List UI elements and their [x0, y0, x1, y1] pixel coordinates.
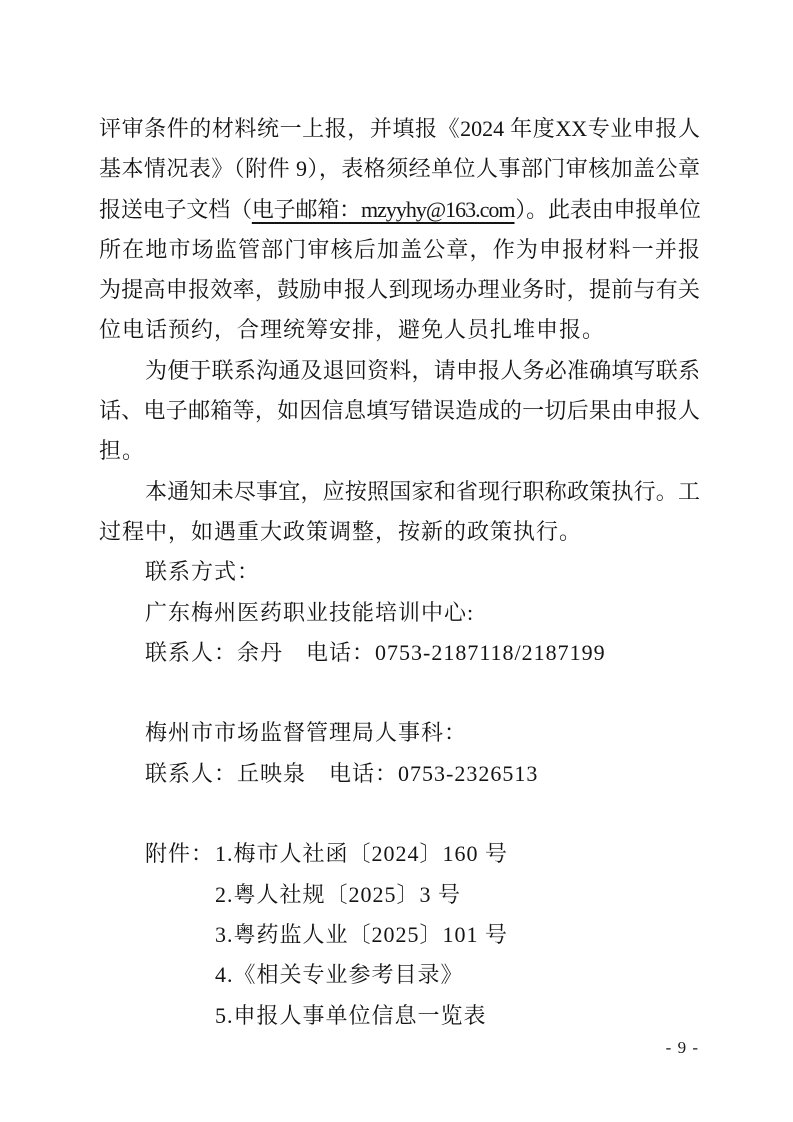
attachment-item-text: 4.《相关专业参考目录》	[215, 962, 464, 987]
text-line: 评审条件的材料统一上报，并填报《2024 年度XX专业申报人员	[99, 109, 700, 149]
paragraph-policy-note: 本通知未尽事宜，应按照国家和省现行职称政策执行。工作 过程中，如遇重大政策调整，…	[99, 472, 700, 553]
text-line: 为提高申报效率，鼓励申报人到现场办理业务时，提前与有关单	[99, 270, 700, 310]
contact-org-name: 广东梅州医药职业技能培训中心:	[99, 593, 700, 633]
text-line: 过程中，如遇重大政策调整，按新的政策执行。	[99, 512, 700, 552]
attachment-item: 5.申报人事单位信息一览表	[99, 996, 700, 1036]
contact-person-phone: 联系人：余丹 电话：0753-2187118/2187199	[99, 633, 700, 673]
attachment-item: 2.粤人社规〔2025〕3 号	[99, 875, 700, 915]
paragraph-contact-accuracy: 为便于联系沟通及退回资料，请申报人务必准确填写联系电 话、电子邮箱等，如因信息填…	[99, 351, 700, 472]
attachment-item-text: 2.粤人社规〔2025〕3 号	[215, 882, 461, 907]
attachment-label: 附件：	[145, 834, 214, 874]
document-body: 评审条件的材料统一上报，并填报《2024 年度XX专业申报人员 基本情况表》（附…	[99, 109, 700, 1036]
email-line-prefix: 报送电子文档（	[99, 197, 252, 222]
contact-heading: 联系方式：	[99, 552, 700, 592]
text-line: 话、电子邮箱等，如因信息填写错误造成的一切后果由申报人承	[99, 391, 700, 431]
email-address-underlined: 电子邮箱：mzyyhy@163.com	[252, 197, 515, 222]
attachment-item-text: 3.粤药监人业〔2025〕101 号	[215, 922, 508, 947]
text-line: 本通知未尽事宜，应按照国家和省现行职称政策执行。工作	[99, 472, 700, 512]
text-line: 担。	[99, 431, 700, 471]
page-number: - 9 -	[666, 1038, 699, 1058]
text-line: 基本情况表》（附件 9），表格须经单位人事部门审核加盖公章并	[99, 149, 700, 189]
text-line-with-email: 报送电子文档（电子邮箱：mzyyhy@163.com）。此表由申报单位	[99, 190, 700, 230]
text-line: 所在地市场监管部门审核后加盖公章，作为申报材料一并报送。	[99, 230, 700, 270]
document-page: 评审条件的材料统一上报，并填报《2024 年度XX专业申报人员 基本情况表》（附…	[0, 0, 793, 1122]
text-line: 位电话预约，合理统筹安排，避免人员扎堆申报。	[99, 310, 700, 350]
attachment-item-text: 1.梅市人社函〔2024〕160 号	[215, 841, 508, 866]
contact-block-market-bureau: 梅州市市场监督管理局人事科： 联系人：丘映泉 电话：0753-2326513	[99, 713, 700, 794]
contact-block-training-center: 广东梅州医药职业技能培训中心: 联系人：余丹 电话：0753-2187118/2…	[99, 593, 700, 674]
text-line: 为便于联系沟通及退回资料，请申报人务必准确填写联系电	[99, 351, 700, 391]
paragraph-report-requirements: 评审条件的材料统一上报，并填报《2024 年度XX专业申报人员 基本情况表》（附…	[99, 109, 700, 351]
attachment-item: 附件：1.梅市人社函〔2024〕160 号	[99, 834, 700, 874]
attachment-list: 附件：1.梅市人社函〔2024〕160 号 2.粤人社规〔2025〕3 号 3.…	[99, 834, 700, 1035]
attachment-item: 3.粤药监人业〔2025〕101 号	[99, 915, 700, 955]
attachment-item-text: 5.申报人事单位信息一览表	[215, 1003, 487, 1028]
contact-org-name: 梅州市市场监督管理局人事科：	[99, 713, 700, 753]
email-line-suffix: ）。此表由申报单位	[515, 197, 700, 222]
contact-person-phone: 联系人：丘映泉 电话：0753-2326513	[99, 754, 700, 794]
attachment-item: 4.《相关专业参考目录》	[99, 955, 700, 995]
